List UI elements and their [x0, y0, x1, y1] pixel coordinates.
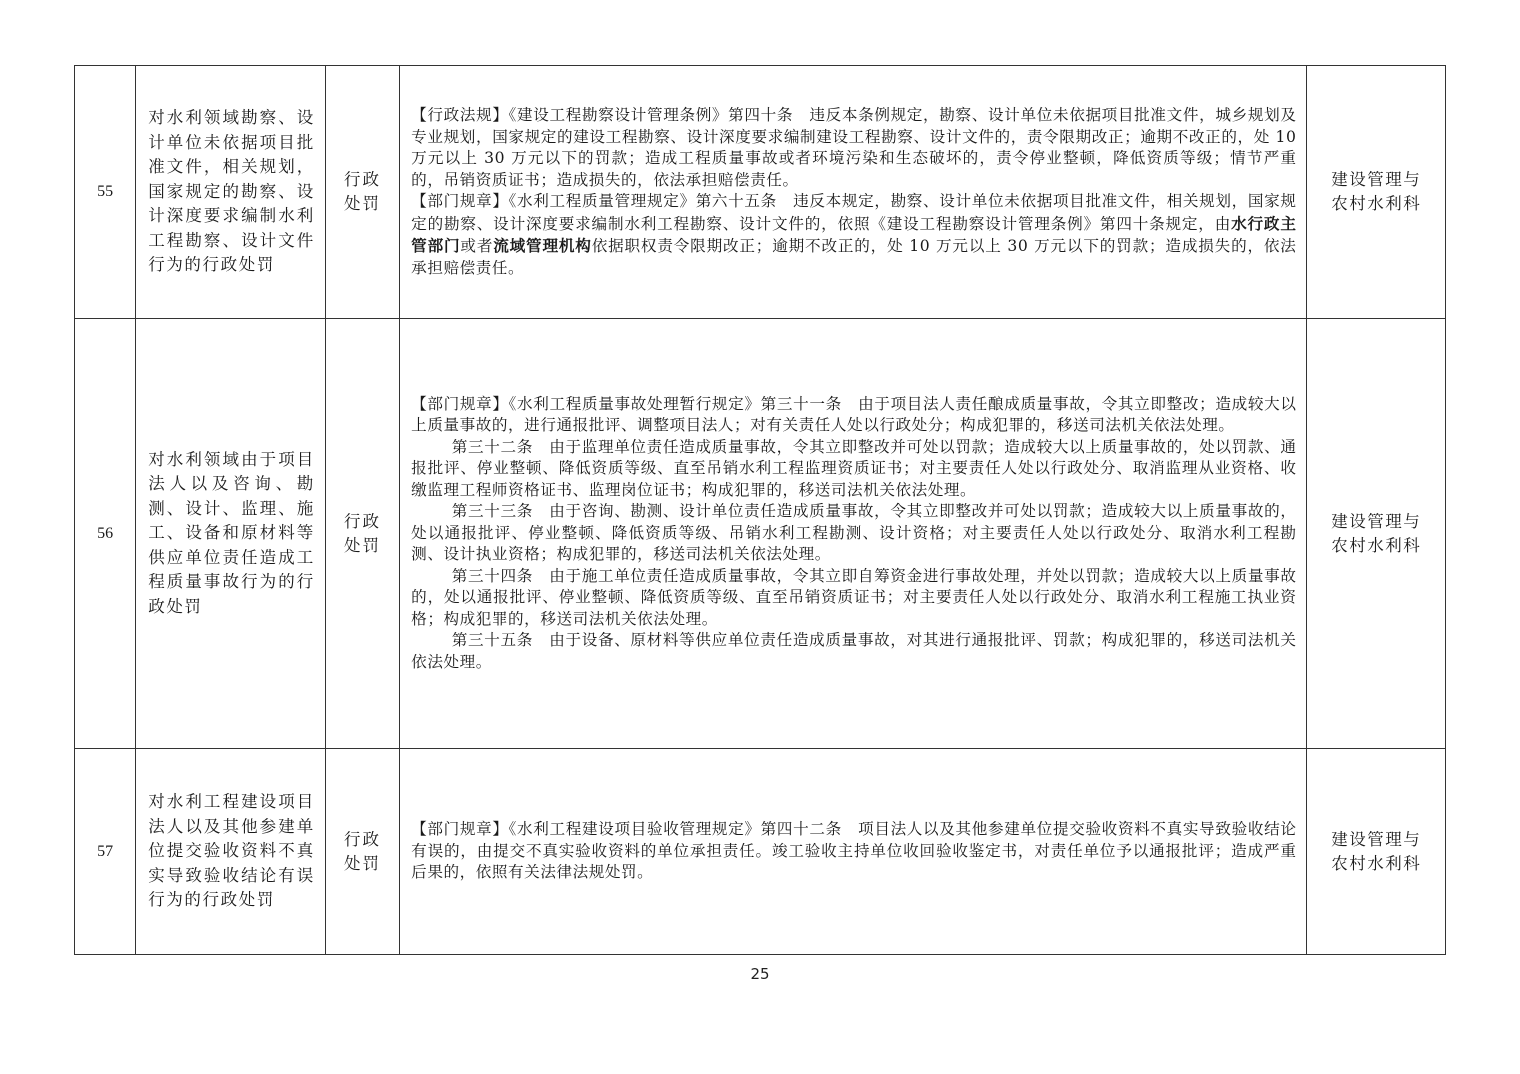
department-line: 农村水利科 [1311, 852, 1441, 876]
item-number: 55 [75, 66, 136, 319]
basis-paragraph: 【行政法规】《建设工程勘察设计管理条例》第四十条 违反本条例规定，勘察、设计单位… [411, 105, 1296, 191]
penalty-type-line: 处罚 [326, 534, 399, 558]
basis-paragraph: 第三十四条 由于施工单位责任造成质量事故，令其立即自筹资金进行事故处理，并处以罚… [411, 566, 1296, 631]
penalty-type-line: 行政 [326, 828, 399, 852]
penalty-type: 行政 处罚 [325, 749, 399, 955]
basis-paragraph: 【部门规章】《水利工程建设项目验收管理规定》第四十二条 项目法人以及其他参建单位… [411, 819, 1296, 884]
item-name: 对水利领域由于项目法人以及咨询、勘测、设计、监理、施工、设备和原材料等供应单位责… [136, 319, 326, 749]
department-line: 建设管理与 [1311, 828, 1441, 852]
basis-paragraph: 第三十二条 由于监理单位责任造成质量事故，令其立即整改并可处以罚款；造成较大以上… [411, 437, 1296, 502]
basis-text: 或者 [460, 237, 493, 255]
basis-emphasis: 流域管理机构 [493, 236, 591, 255]
basis-text: 【部门规章】《水利工程质量管理规定》第六十五条 违反本规定，勘察、设计单位未依据… [411, 192, 1296, 233]
basis-paragraph: 【部门规章】《水利工程质量管理规定》第六十五条 违反本规定，勘察、设计单位未依据… [411, 191, 1296, 279]
penalty-items-table: 55 对水利领域勘察、设计单位未依据项目批准文件，相关规划，国家规定的勘察、设计… [74, 65, 1446, 955]
table-row: 56 对水利领域由于项目法人以及咨询、勘测、设计、监理、施工、设备和原材料等供应… [75, 319, 1446, 749]
item-number: 56 [75, 319, 136, 749]
penalty-type: 行政 处罚 [325, 319, 399, 749]
penalty-type: 行政 处罚 [325, 66, 399, 319]
basis-paragraph: 第三十五条 由于设备、原材料等供应单位责任造成质量事故，对其进行通报批评、罚款；… [411, 630, 1296, 673]
basis-paragraph: 【部门规章】《水利工程质量事故处理暂行规定》第三十一条 由于项目法人责任酿成质量… [411, 394, 1296, 437]
item-number: 57 [75, 749, 136, 955]
department-line: 农村水利科 [1311, 192, 1441, 216]
department-line: 建设管理与 [1311, 168, 1441, 192]
penalty-type-line: 行政 [326, 510, 399, 534]
department-line: 农村水利科 [1311, 534, 1441, 558]
responsible-department: 建设管理与 农村水利科 [1307, 319, 1446, 749]
penalty-type-line: 处罚 [326, 852, 399, 876]
legal-basis: 【行政法规】《建设工程勘察设计管理条例》第四十条 违反本条例规定，勘察、设计单位… [400, 66, 1307, 319]
responsible-department: 建设管理与 农村水利科 [1307, 66, 1446, 319]
page-number: 25 [0, 965, 1520, 983]
basis-paragraph: 第三十三条 由于咨询、勘测、设计单位责任造成质量事故，令其立即整改并可处以罚款；… [411, 501, 1296, 566]
responsible-department: 建设管理与 农村水利科 [1307, 749, 1446, 955]
penalty-type-line: 行政 [326, 168, 399, 192]
table-row: 55 对水利领域勘察、设计单位未依据项目批准文件，相关规划，国家规定的勘察、设计… [75, 66, 1446, 319]
legal-basis: 【部门规章】《水利工程质量事故处理暂行规定》第三十一条 由于项目法人责任酿成质量… [400, 319, 1307, 749]
item-name: 对水利工程建设项目法人以及其他参建单位提交验收资料不真实导致验收结论有误行为的行… [136, 749, 326, 955]
table-row: 57 对水利工程建设项目法人以及其他参建单位提交验收资料不真实导致验收结论有误行… [75, 749, 1446, 955]
department-line: 建设管理与 [1311, 510, 1441, 534]
legal-basis: 【部门规章】《水利工程建设项目验收管理规定》第四十二条 项目法人以及其他参建单位… [400, 749, 1307, 955]
item-name: 对水利领域勘察、设计单位未依据项目批准文件，相关规划，国家规定的勘察、设计深度要… [136, 66, 326, 319]
penalty-type-line: 处罚 [326, 192, 399, 216]
